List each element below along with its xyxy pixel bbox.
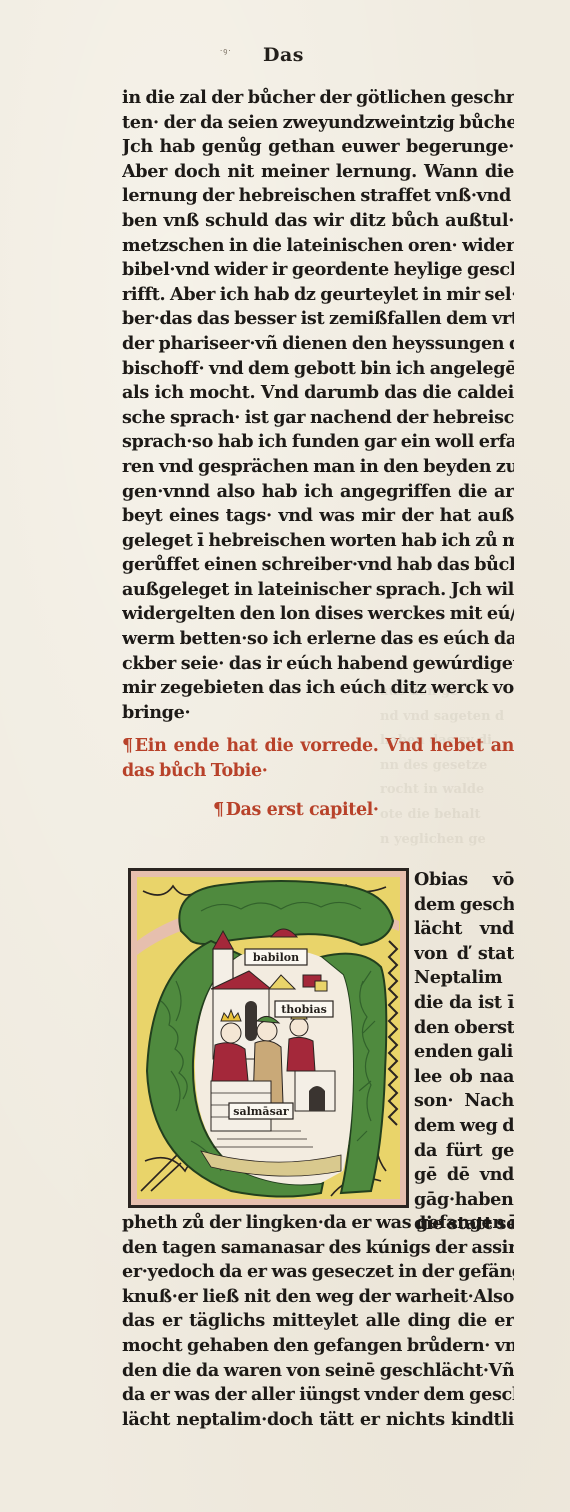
- text-line: son· Nach: [414, 1089, 514, 1114]
- text-line: sprach·so hab ich funden gar ein woll er…: [122, 430, 514, 455]
- text-line: die da ist ī: [414, 991, 514, 1016]
- initial-t-illustration-icon: babilon thobias salmāsar: [131, 871, 406, 1205]
- text-line: werm betten·so ich erlerne das es eúch d…: [122, 627, 514, 652]
- text-line: pheth zů der lingken·da er was gefangen …: [122, 1211, 514, 1236]
- text-line: bischoff· vnd dem gebott bin ich angeleg…: [122, 357, 514, 382]
- text-line: den tagen samanasar des kúnigs der assir…: [122, 1236, 514, 1261]
- text-line: in die zal der bůcher der götlichen gesc…: [122, 86, 514, 111]
- text-line: geleget ī hebreischen worten hab ich zů …: [122, 529, 514, 554]
- text-line: widergelten den lon dises werckes mit eú…: [122, 602, 514, 627]
- text-line: mocht gehaben den gefangen brůdern· vnd: [122, 1334, 514, 1359]
- text-line: lee ob naa: [414, 1065, 514, 1090]
- chapter-text: pheth zů der lingken·da er was gefangen …: [122, 1211, 514, 1432]
- text-line: beyt eines tags· vnd was mir der hat auß: [122, 504, 514, 529]
- text-line: Neptalim: [414, 966, 514, 991]
- text-line: ten· der da seien zweyundzweintzig bůche…: [122, 111, 514, 136]
- text-line: gē dē vnd: [414, 1163, 514, 1188]
- text-line: dem gesch·: [414, 893, 514, 918]
- text-line: den die da waren von seinē geschlächt·Vñ: [122, 1359, 514, 1384]
- text-line: lernung der hebreischen straffet vnß·vnd…: [122, 184, 514, 209]
- text-line: da er was der aller iüngst vnder dem ges…: [122, 1383, 514, 1408]
- running-head: Das: [263, 44, 304, 66]
- svg-text:salmāsar: salmāsar: [233, 1105, 289, 1118]
- ornament-speck: ·ꝯ·: [220, 47, 232, 56]
- text-line: er·yedoch da er was geseczet in der gefä…: [122, 1260, 514, 1285]
- text-line: ckber seie· das ir eúch habend gewúrdige…: [122, 652, 514, 677]
- chapter-heading: ¶Das erst capitel·: [213, 800, 379, 820]
- text-line: lächt vnd: [414, 917, 514, 942]
- text-line: von ď stat: [414, 942, 514, 967]
- text-line: da fürt ge: [414, 1139, 514, 1164]
- text-line: bibel·vnd wider ir geordente heylige ges…: [122, 258, 514, 283]
- text-line: mir zegebieten das ich eúch ditz werck v…: [122, 676, 514, 701]
- chapter-heading-text: Das erst capitel·: [226, 800, 379, 820]
- text-line: knuß·er ließ nit den weg der warheit·Als…: [122, 1285, 514, 1310]
- illuminated-initial: babilon thobias salmāsar: [128, 868, 409, 1208]
- text-line: lächt neptalim·doch tätt er nichts kindt…: [122, 1408, 514, 1433]
- text-line: Jch hab genůg gethan euwer begerunge·: [122, 135, 514, 160]
- text-line: dem weg ď: [414, 1114, 514, 1139]
- text-line: enden gali·: [414, 1040, 514, 1065]
- text-line: den oberstē: [414, 1016, 514, 1041]
- text-line: rifft. Aber ich hab dz geurteylet in mir…: [122, 283, 514, 308]
- text-line: Aber doch nit meiner lernung. Wann die: [122, 160, 514, 185]
- text-line: gāg·haben: [414, 1188, 514, 1213]
- pilcrow-icon: ¶: [122, 736, 133, 756]
- rubric-line: das bůch Tobie·: [122, 759, 514, 784]
- svg-text:babilon: babilon: [253, 951, 299, 964]
- text-line: außgeleget in lateinischer sprach. Jch w…: [122, 578, 514, 603]
- rubric-explicit: ¶Ein ende hat die vorrede. Vnd hebet an …: [122, 734, 514, 783]
- text-line: der phariseer·vñ dienen den heyssungen d…: [122, 332, 514, 357]
- svg-text:thobias: thobias: [281, 1003, 327, 1016]
- rubric-line: ¶Ein ende hat die vorrede. Vnd hebet an: [122, 734, 514, 759]
- rubric-text: Ein ende hat die vorrede. Vnd hebet an: [135, 736, 514, 756]
- initial-side-text: Obias vō dem gesch· lächt vnd von ď stat…: [414, 868, 514, 1237]
- text-line: sche sprach· ist gar nachend der hebreis…: [122, 406, 514, 431]
- text-line: gerůffet einen schreiber·vnd hab das bůc…: [122, 553, 514, 578]
- pilcrow-icon: ¶: [213, 800, 224, 820]
- text-line: ber·das das besser ist zemißfallen dem v…: [122, 307, 514, 332]
- text-line: ren vnd gesprächen man in den beyden zun: [122, 455, 514, 480]
- text-line: als ich mocht. Vnd darumb das die caldei: [122, 381, 514, 406]
- text-line: metzschen in die lateinischen oren· wide…: [122, 234, 514, 259]
- text-line: bringe·: [122, 701, 514, 726]
- text-line: ben vnß schuld das wir ditz bůch außtul·: [122, 209, 514, 234]
- text-line: Obias vō: [414, 868, 514, 893]
- text-line: gen·vnnd also hab ich angegriffen die ar: [122, 480, 514, 505]
- prologue-text: in die zal der bůcher der götlichen gesc…: [122, 86, 514, 725]
- text-line: das er täglichs mitteylet alle ding die …: [122, 1309, 514, 1334]
